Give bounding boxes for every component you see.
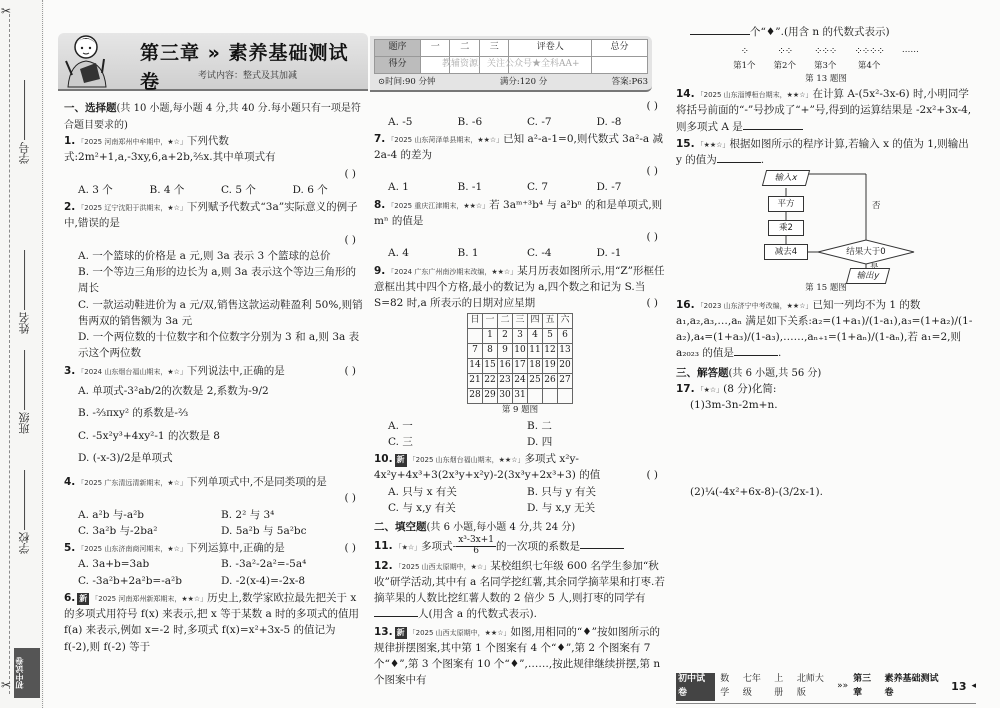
option-b[interactable]: B. -6 <box>458 114 528 130</box>
answer-page: 答案:P63 <box>612 76 648 89</box>
option-b[interactable]: B. -⅔πxy² 的系数是-⅔ <box>64 405 364 421</box>
column-2: ( ) A. -5 B. -6 C. -7 D. -8 7.「2025 山东菏泽… <box>374 98 666 690</box>
flow-no-label: 否 <box>872 200 881 213</box>
new-badge-icon: 新 <box>395 627 407 639</box>
score-header-order: 题序 <box>375 40 421 57</box>
question-17: 17.「★☆」(8 分)化简: (1)3m-3n-2m+n. (2)¼(-4x²… <box>676 381 976 580</box>
score-header-part3: 三 <box>479 40 508 57</box>
section-1-heading: 一、选择题(共 10 小题,每小题 4 分,共 40 分.每小题只有一项是符合题… <box>64 100 364 133</box>
calendar-row: 28293031 <box>468 389 573 404</box>
q17-answer-space-1[interactable] <box>676 414 976 484</box>
question-6: 6.新「2025 河南郑州新郑期末，★★☆」历史上,数学家欧拉最先把关于 x 的… <box>64 590 364 655</box>
calendar-row: 14151617181920 <box>468 359 573 374</box>
diamond-pattern-icon: ⁘ <box>733 44 755 60</box>
page-footer: 初中试卷 数学 七年级 上册 北师大版 »» 第三章 素养基础测试卷 13 ◂ <box>676 673 976 704</box>
question-15: 15.「★★☆」根据如图所示的程序计算,若输入 x 的值为 1,则输出 y 的值… <box>676 136 976 296</box>
student-id-field[interactable]: 学号 <box>16 80 33 164</box>
option-a[interactable]: A. 一 <box>388 418 527 434</box>
mascot-illustration-icon <box>58 29 120 91</box>
option-a[interactable]: A. 单项式-3²ab/2的次数是 2,系数为-9/2 <box>64 383 364 399</box>
option-a[interactable]: A. -5 <box>388 114 458 130</box>
q13-pattern-figure: ⁘第1个 ⁘⁘第2个 ⁘⁘⁘第3个 ⁘⁘⁘⁘第4个 …… <box>676 44 976 73</box>
answer-paren[interactable]: ( ) <box>64 166 364 182</box>
score-header-part2: 二 <box>450 40 479 57</box>
watermark: 教辅资源，关注公众号★全科AA+ <box>442 58 580 72</box>
pattern-2: ⁘⁘第2个 <box>774 44 796 73</box>
question-2: 2.「2025 辽宁沈阳于洪期末，★☆」下列赋予代数式“3a”实际意义的例子中,… <box>64 199 364 362</box>
options: A. 3a+b=3ab B. -3a²-2a²=-5a⁴ C. -3a²b+2a… <box>64 556 364 589</box>
new-badge-icon: 新 <box>395 454 407 466</box>
option-a[interactable]: A. 4 <box>388 245 458 261</box>
answer-blank[interactable] <box>580 548 624 549</box>
answer-paren[interactable]: ( ) <box>374 163 666 179</box>
q6-answer-paren[interactable]: ( ) <box>374 98 666 114</box>
answer-blank[interactable] <box>743 129 803 130</box>
option-c[interactable]: C. 与 x,y 有关 <box>388 500 527 516</box>
fraction: x³-3x+16 <box>456 536 496 557</box>
question-5: 5.「2025 山东济南商河期末，★☆」下列运算中,正确的是( ) A. 3a+… <box>64 540 364 589</box>
option-d[interactable]: D. 一个两位数的十位数字和个位数字分别为 3 和 a,则 3a 表示这个两位数 <box>64 329 364 362</box>
footer-brand-tag: 初中试卷 <box>676 673 715 701</box>
name-field[interactable]: 姓名 <box>16 250 33 334</box>
exam-content-subtitle: 考试内容：整式及其加减 <box>198 70 297 84</box>
options: A. 1 B. -1 C. 7 D. -7 <box>374 179 666 195</box>
answer-paren[interactable]: ( ) <box>374 229 666 245</box>
question-10: 10.新「2025 山东烟台福山期末，★★☆」多项式 x²y-4x²y+4x³+… <box>374 451 666 516</box>
flow-input: 输入x <box>762 170 810 186</box>
option-d[interactable]: D. 与 x,y 无关 <box>527 500 666 516</box>
option-b[interactable]: B. 只与 y 有关 <box>527 484 666 500</box>
pattern-4: ⁘⁘⁘⁘第4个 <box>854 44 884 73</box>
option-a[interactable]: A. a²b 与-a²b <box>78 507 221 523</box>
answer-paren[interactable]: ( ) <box>64 490 364 506</box>
option-d[interactable]: D. -2(x-4)=-2x-8 <box>221 573 364 589</box>
option-d[interactable]: D. 四 <box>527 434 666 450</box>
option-b[interactable]: B. -1 <box>458 179 528 195</box>
section-2-heading: 二、填空题(共 6 小题,每小题 4 分,共 24 分) <box>374 519 666 536</box>
scissors-icon: ✂ <box>1 2 11 21</box>
option-b[interactable]: B. 4 个 <box>150 182 222 198</box>
page-number: 13 <box>951 678 966 695</box>
binding-margin: ✂ ✂ 学号 姓名 班级 学校 初中试卷 <box>0 0 44 708</box>
option-d[interactable]: D. 5a²b 与 5a²bc <box>221 523 364 539</box>
q6-options: A. -5 B. -6 C. -7 D. -8 <box>374 114 666 130</box>
question-7: 7.「2025 山东菏泽单县期末，★★☆」已知 a²-a-1=0,则代数式 3a… <box>374 131 666 196</box>
q13-continuation: 个“♦”.(用含 n 的代数式表示) <box>676 24 976 40</box>
answer-blank[interactable] <box>690 34 750 35</box>
option-d[interactable]: D. 6 个 <box>293 182 365 198</box>
option-c[interactable]: C. -4 <box>527 245 597 261</box>
option-d[interactable]: D. -7 <box>597 179 667 195</box>
pattern-1: ⁘第1个 <box>733 44 755 73</box>
new-badge-icon: 新 <box>77 593 89 605</box>
footer-edition: 北师大版 <box>797 673 832 701</box>
class-field[interactable]: 班级 <box>16 350 33 434</box>
flow-square: 平方 <box>768 196 804 212</box>
score-row-label: 得分 <box>375 57 421 74</box>
answer-paren[interactable]: ( ) <box>646 467 666 483</box>
options: A. 4 B. 1 C. -4 D. -1 <box>374 245 666 261</box>
option-b[interactable]: B. 2² 与 3⁴ <box>221 507 364 523</box>
scissors-icon: ✂ <box>1 676 11 695</box>
q17-part-2: (2)¼(-4x²+6x-8)-(3/2x-1). <box>676 484 976 500</box>
answer-blank[interactable] <box>374 616 418 617</box>
full-score: 满分:120 分 <box>500 76 547 89</box>
calendar-row: 78910111213 <box>468 344 573 359</box>
option-c[interactable]: C. 3a²b 与-2ba² <box>78 523 221 539</box>
answer-paren[interactable]: ( ) <box>344 540 356 556</box>
question-8: 8.「2025 重庆江津期末，★★☆」若 3aᵐ⁺³b⁴ 与 a²bⁿ 的和是单… <box>374 197 666 262</box>
header-banner: 第三章 » 素养基础测试卷 考试内容：整式及其加减 <box>58 33 368 91</box>
answer-paren[interactable]: ( ) <box>64 232 364 248</box>
option-d[interactable]: D. (-x-3)/2是单项式 <box>64 450 364 466</box>
score-header-total: 总分 <box>591 40 647 57</box>
section-3-heading: 三、解答题(共 6 小题,共 56 分) <box>676 365 976 382</box>
column-3: 个“♦”.(用含 n 的代数式表示) ⁘第1个 ⁘⁘第2个 ⁘⁘⁘第3个 ⁘⁘⁘… <box>676 24 976 581</box>
score-header-grader: 评卷人 <box>509 40 592 57</box>
answer-paren[interactable]: ( ) <box>344 363 356 379</box>
option-d[interactable]: D. -8 <box>597 114 667 130</box>
diamond-pattern-icon: ⁘⁘⁘⁘ <box>854 44 884 60</box>
options: A. a²b 与-a²b B. 2² 与 3⁴ C. 3a²b 与-2ba² D… <box>64 507 364 540</box>
calendar-row: 21222324252627 <box>468 374 573 389</box>
q17-answer-space-2[interactable] <box>676 500 976 580</box>
footer-subject: 数学 <box>720 673 738 701</box>
diamond-pattern-icon: ⁘⁘⁘ <box>814 44 836 60</box>
figure-caption: 第 15 题图 <box>676 282 976 295</box>
question-12: 12.「2025 山西太原期中，★☆」某校组织七年级 600 名学生参加“秋收”… <box>374 558 666 623</box>
question-13: 13.新「2025 山西太原期中，★★☆」如图,用相同的“♦”按如图所示的规律拼… <box>374 624 666 689</box>
question-16: 16.「2023 山东济宁中考改编，★★☆」已知一列均不为 1 的数 a₁,a₂… <box>676 297 976 362</box>
column-1: 一、选择题(共 10 小题,每小题 4 分,共 40 分.每小题只有一项是符合题… <box>64 100 364 656</box>
question-9: 9.「2024 广东广州南沙期末改编，★★☆」某月历表如图所示,用“Z”形框任意… <box>374 263 666 451</box>
flow-output: 输出y <box>846 268 890 284</box>
school-field[interactable]: 学校 <box>16 470 33 554</box>
option-a[interactable]: A. 3a+b=3ab <box>78 556 221 572</box>
footer-chapter: 第三章 <box>853 673 879 701</box>
q17-part-1: (1)3m-3n-2m+n. <box>676 397 976 413</box>
pattern-ellipsis: …… <box>902 44 919 73</box>
flow-minus-4: 减去4 <box>764 244 808 260</box>
footer-test-name: 素养基础测试卷 <box>885 673 947 701</box>
calendar-table: 日一二三四五六 123456 78910111213 1415161718192… <box>467 313 573 404</box>
flowchart: 输入x 平方 乘2 减去4 结果大于0 否 是 输出y <box>676 170 976 282</box>
figure-caption: 第 13 题图 <box>676 73 976 86</box>
pattern-3: ⁘⁘⁘第3个 <box>814 44 836 73</box>
brand-logo: 初中试卷 <box>14 648 40 698</box>
footer-volume: 上册 <box>774 673 792 701</box>
option-c[interactable]: C. 三 <box>388 434 527 450</box>
option-b[interactable]: B. 一个等边三角形的边长为 a,则 3a 表示这个等边三角形的周长 <box>64 264 364 297</box>
option-b[interactable]: B. -3a²-2a²=-5a⁴ <box>221 556 364 572</box>
question-14: 14.「2025 山东淄博桓台期末，★★☆」在计算 A-(5x²-3x-6) 时… <box>676 86 976 135</box>
options: A. 一 B. 二 C. 三 D. 四 <box>374 418 666 451</box>
option-c[interactable]: C. 一款运动鞋进价为 a 元/双,销售这款运动鞋盈利 50%,则销售两双的销售… <box>64 297 364 330</box>
option-c[interactable]: C. 5 个 <box>221 182 293 198</box>
flow-times-2: 乘2 <box>768 220 804 236</box>
figure-caption: 第 9 题图 <box>374 404 666 417</box>
options: A. 3 个 B. 4 个 C. 5 个 D. 6 个 <box>64 182 364 198</box>
question-3: 3.「2024 山东烟台福山期末，★☆」下列说法中,正确的是( ) A. 单项式… <box>64 363 364 466</box>
exam-meta: ⊙时间:90 分钟 满分:120 分 答案:P63 <box>378 76 648 89</box>
option-a[interactable]: A. 一个篮球的价格是 a 元,则 3a 表示 3 个篮球的总价 <box>64 248 364 264</box>
option-c[interactable]: C. 7 <box>527 179 597 195</box>
flowchart-connectors <box>676 170 976 282</box>
option-c[interactable]: C. -3a²b+2a²b=-a²b <box>78 573 221 589</box>
option-d[interactable]: D. -1 <box>597 245 667 261</box>
diamond-pattern-icon: ⁘⁘ <box>774 44 796 60</box>
margin-border <box>42 0 43 708</box>
question-11: 11.「★☆」多项式-x³-3x+16的一次项的系数是 <box>374 536 666 557</box>
option-b[interactable]: B. 1 <box>458 245 528 261</box>
cut-line <box>9 14 10 694</box>
option-c[interactable]: C. -5x²y³+4xy²-1 的次数是 8 <box>64 428 364 444</box>
option-b[interactable]: B. 二 <box>527 418 666 434</box>
calendar-header-row: 日一二三四五六 <box>468 314 573 329</box>
score-panel: 题序 一 二 三 评卷人 总分 得分 教辅资源，关注公众号★全科AA+ ⊙时间:… <box>370 36 652 92</box>
score-header-part1: 一 <box>421 40 450 57</box>
chevron-right-icon: »» <box>837 680 848 694</box>
options: A. 只与 x 有关 B. 只与 y 有关 C. 与 x,y 有关 D. 与 x… <box>374 484 666 517</box>
question-4: 4.「2025 广东清远清新期末，★☆」下列单项式中,不是同类项的是 ( ) A… <box>64 474 364 539</box>
calendar-row: 123456 <box>468 329 573 344</box>
footer-grade: 七年级 <box>743 673 769 701</box>
option-a[interactable]: A. 1 <box>388 179 458 195</box>
triangle-left-icon: ◂ <box>971 680 976 694</box>
flow-decision: 结果大于0 <box>836 246 896 259</box>
time-limit: ⊙时间:90 分钟 <box>378 76 436 89</box>
answer-blank[interactable] <box>734 355 778 356</box>
option-a[interactable]: A. 只与 x 有关 <box>388 484 527 500</box>
answer-blank[interactable] <box>717 162 761 163</box>
question-1: 1.「2025 河南郑州中牟期中，★☆」下列代数式:2m²+1,a,-3xy,6… <box>64 133 364 198</box>
answer-paren[interactable]: ( ) <box>646 295 666 311</box>
option-a[interactable]: A. 3 个 <box>78 182 150 198</box>
score-cell-total[interactable] <box>591 57 647 74</box>
page-title: 第三章 » 素养基础测试卷 <box>140 39 368 98</box>
option-c[interactable]: C. -7 <box>527 114 597 130</box>
